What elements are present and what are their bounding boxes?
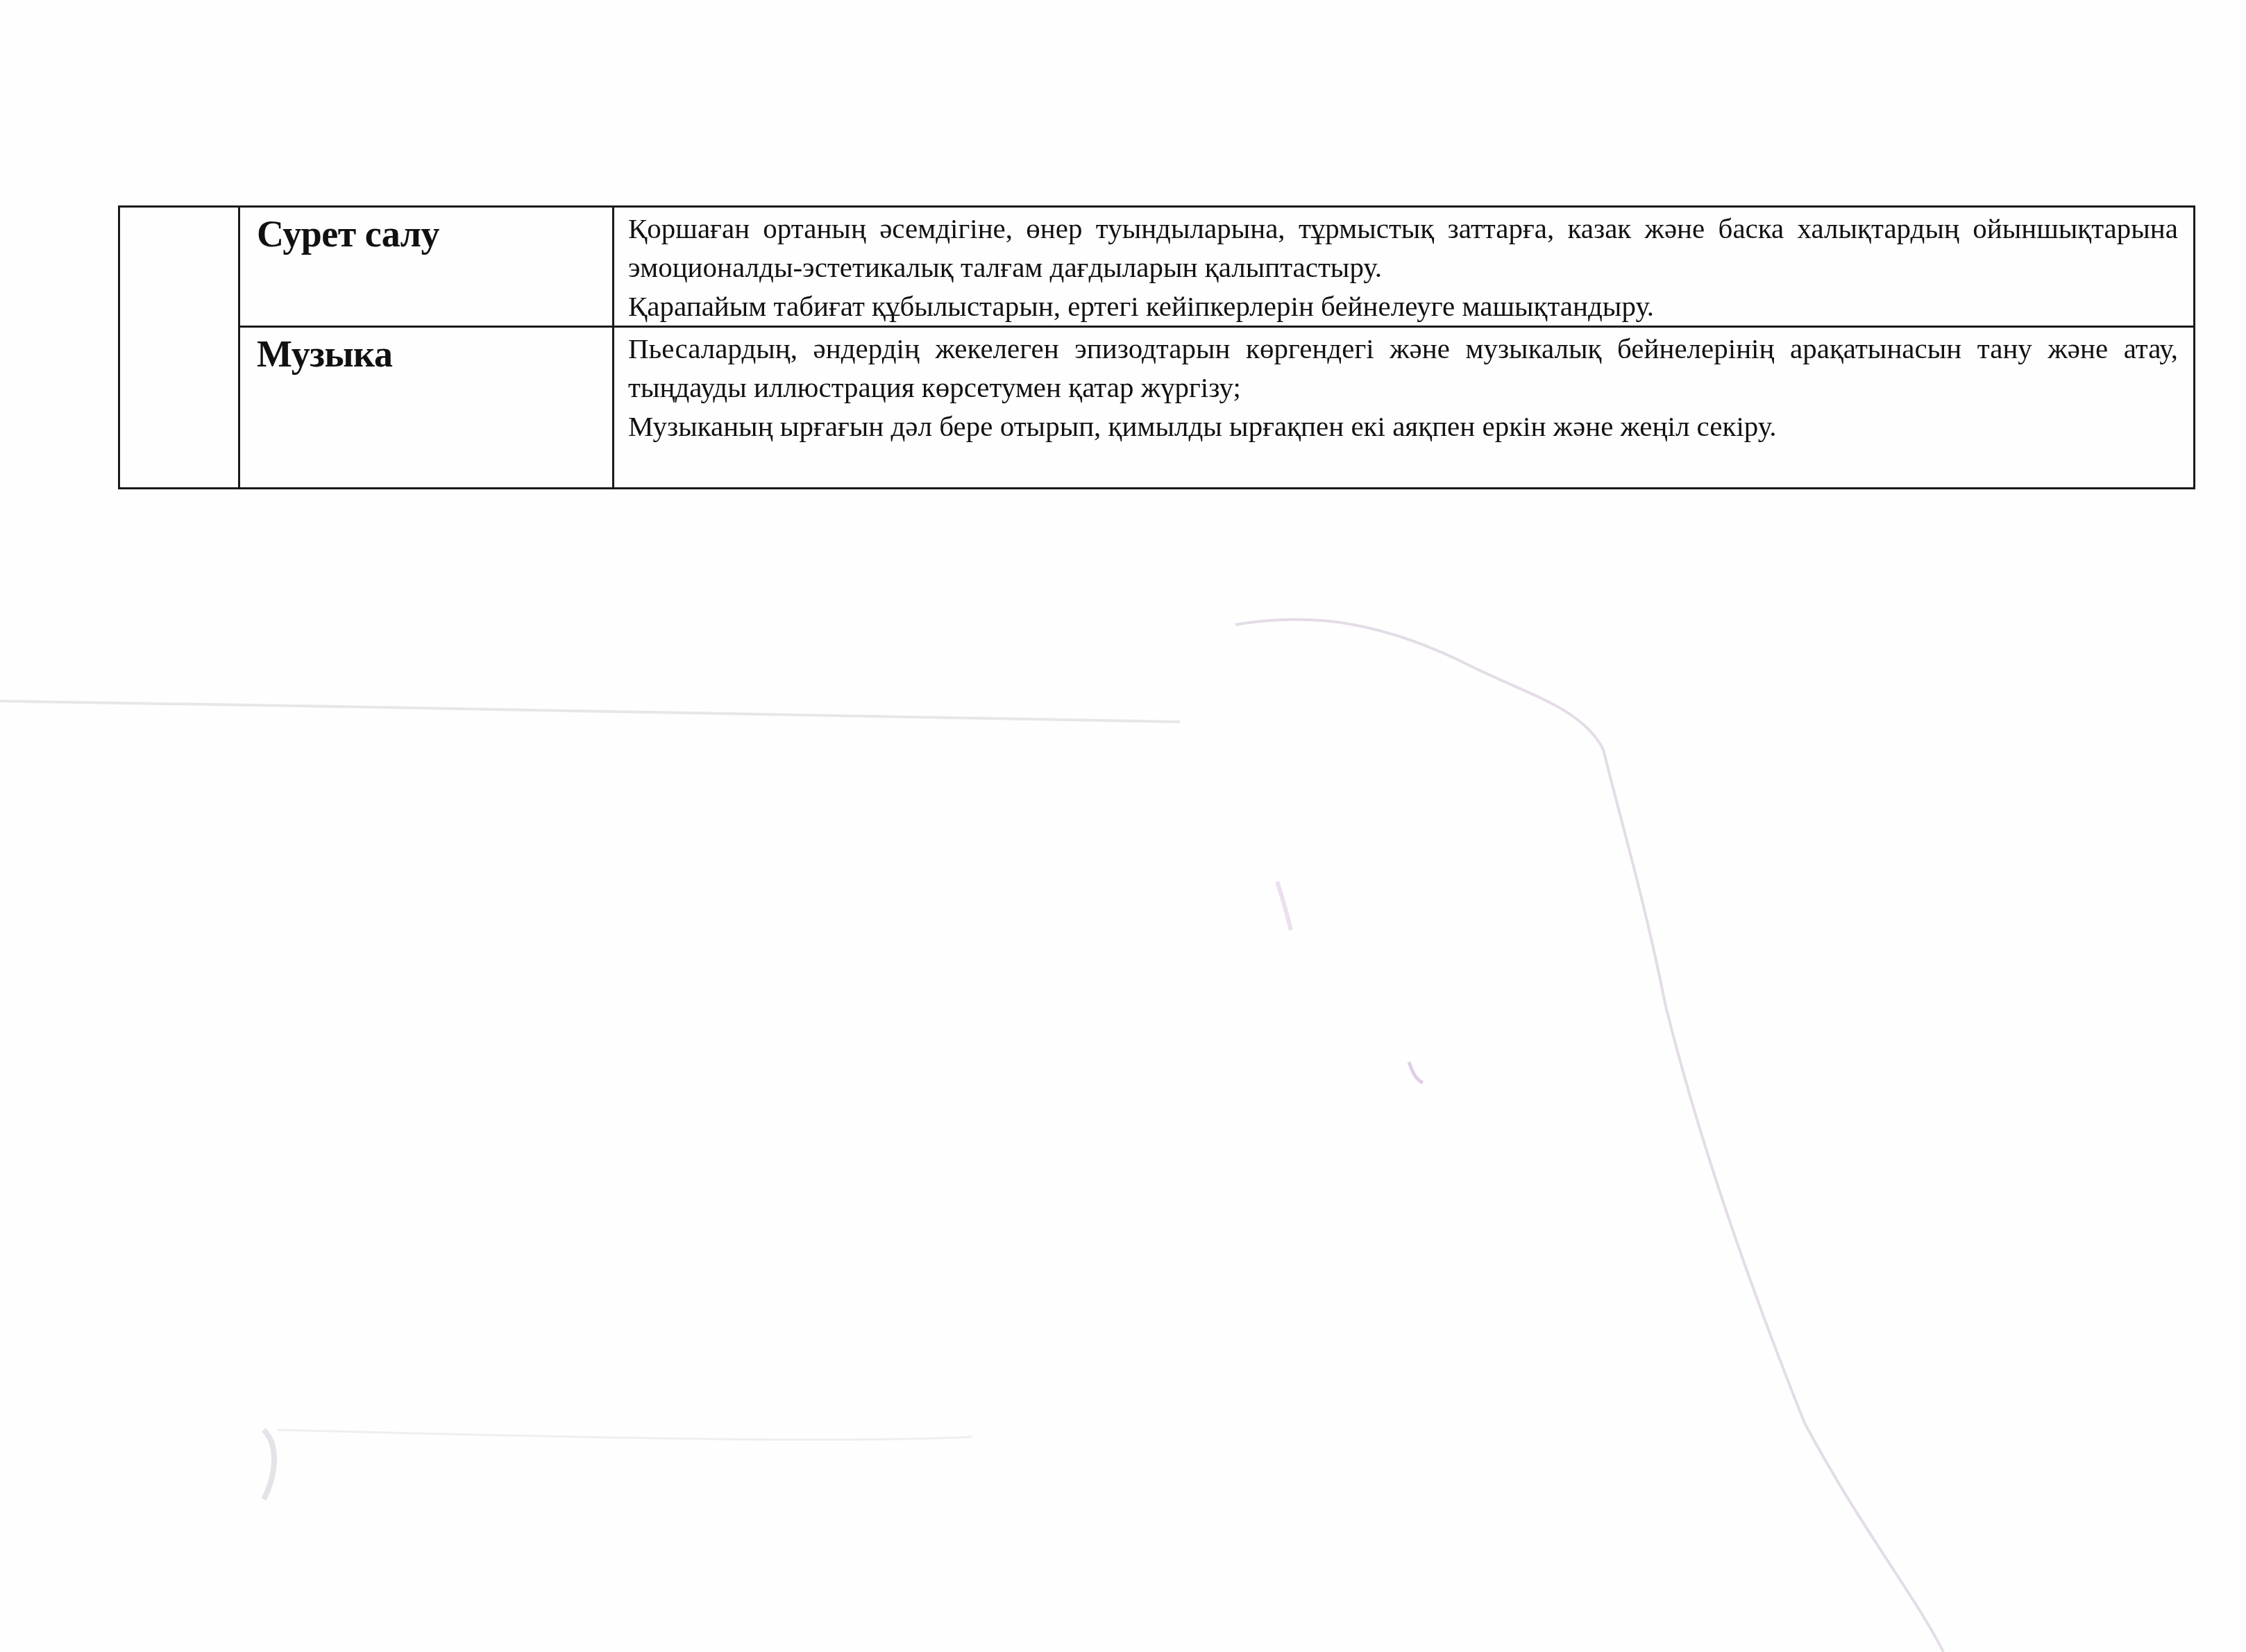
description-paragraph: Музыканың ырғағын дәл бере отырып, қимыл…: [628, 407, 2178, 446]
subject-title-music: Музыка: [240, 328, 612, 375]
description-cell: Қоршаған ортаның әсемдігіне, өнер туынды…: [614, 207, 2195, 327]
table-row: Сурет салу Қоршаған ортаның әсемдігіне, …: [119, 207, 2195, 327]
subject-title-drawing: Сурет салу: [240, 208, 612, 255]
curriculum-table: Сурет салу Қоршаған ортаның әсемдігіне, …: [118, 205, 2195, 489]
subject-cell: Сурет салу: [239, 207, 614, 327]
group-cell: [119, 207, 239, 489]
description-paragraph: Пьесалардың, әндердің жекелеген эпизодта…: [628, 329, 2178, 407]
table-row: Музыка Пьесалардың, әндердің жекелеген э…: [119, 327, 2195, 489]
description-paragraph: Қарапайым табиғат құбылыстарын, ертегі к…: [628, 287, 2178, 326]
description-cell: Пьесалардың, әндердің жекелеген эпизодта…: [614, 327, 2195, 489]
subject-cell: Музыка: [239, 327, 614, 489]
scanned-page: Сурет салу Қоршаған ортаның әсемдігіне, …: [0, 0, 2246, 1652]
description-paragraph: Қоршаған ортаның әсемдігіне, өнер туынды…: [628, 209, 2178, 287]
subject-description: Пьесалардың, әндердің жекелеген эпизодта…: [614, 328, 2193, 446]
subject-description: Қоршаған ортаның әсемдігіне, өнер туынды…: [614, 208, 2193, 326]
